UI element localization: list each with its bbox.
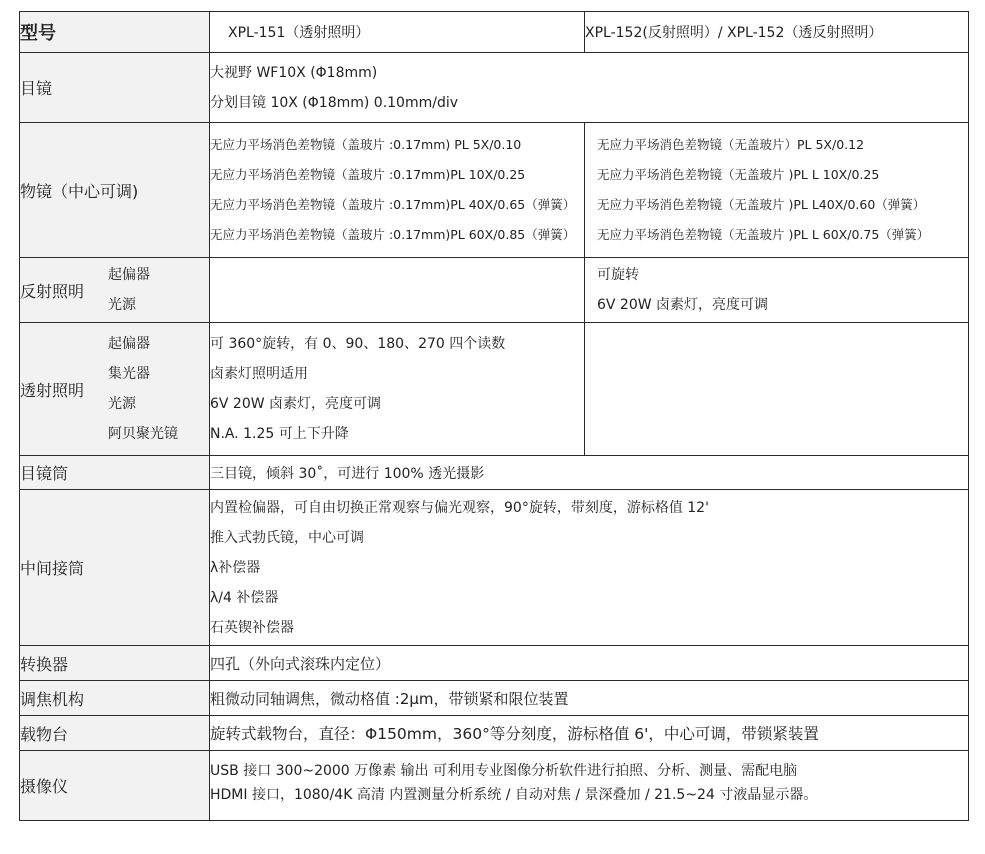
row-reflected: 反射照明 起偏器 光源 可旋转 6V 20W 卤素灯，亮度可调	[20, 258, 969, 323]
transmitted-b	[585, 323, 969, 456]
intermediate-line: 内置检偏器，可自由切换正常观察与偏光观察，90°旋转，带刻度，游标格值 12'	[210, 493, 968, 523]
sub-label: 光源	[108, 290, 150, 320]
row-camera: 摄像仪 USB 接口 300~2000 万像素 输出 可利用专业图像分析软件进行…	[20, 751, 969, 821]
nosepiece-value: 四孔（外向式滚珠内定位）	[210, 646, 969, 681]
model-a: XPL-151（透射照明）	[210, 12, 585, 53]
label-stage: 载物台	[20, 716, 210, 751]
row-transmitted: 透射照明 起偏器 集光器 光源 阿贝聚光镜 可 360°旋转，有 0、90、18…	[20, 323, 969, 456]
row-focus: 调焦机构 粗微动同轴调焦，微动格值 :2μm，带锁紧和限位装置	[20, 681, 969, 716]
row-intermediate: 中间接筒 内置检偏器，可自由切换正常观察与偏光观察，90°旋转，带刻度，游标格值…	[20, 490, 969, 646]
label-objective: 物镜（中心可调)	[20, 123, 210, 258]
tube-value: 三目镜，倾斜 30˚，可进行 100% 透光摄影	[210, 456, 969, 490]
intermediate-value: 内置检偏器，可自由切换正常观察与偏光观察，90°旋转，带刻度，游标格值 12' …	[210, 490, 969, 646]
objective-b: 无应力平场消色差物镜（无盖玻片）PL 5X/0.12 无应力平场消色差物镜（无盖…	[585, 123, 969, 258]
label-nosepiece: 转换器	[20, 646, 210, 681]
objective-line: 无应力平场消色差物镜（盖玻片 :0.17mm)PL 40X/0.65（弹簧）	[210, 190, 584, 220]
reflected-line: 可旋转	[597, 260, 968, 290]
sub-label: 光源	[108, 389, 178, 419]
label-model: 型号	[20, 12, 210, 53]
eyepiece-value: 大视野 WF10X (Φ18mm) 分划目镜 10X (Φ18mm) 0.10m…	[210, 53, 969, 123]
objective-line: 无应力平场消色差物镜（盖玻片 :0.17mm)PL 10X/0.25	[210, 160, 584, 190]
transmitted-label: 透射照明	[20, 378, 108, 401]
eyepiece-line: 分划目镜 10X (Φ18mm) 0.10mm/div	[210, 88, 968, 118]
row-nosepiece: 转换器 四孔（外向式滚珠内定位）	[20, 646, 969, 681]
label-tube: 目镜筒	[20, 456, 210, 490]
row-stage: 载物台 旋转式载物台，直径：Φ150mm，360°等分刻度，游标格值 6'，中心…	[20, 716, 969, 751]
model-b: XPL-152(反射照明）/ XPL-152（透反射照明）	[585, 12, 969, 53]
spec-table: 型号 XPL-151（透射照明） XPL-152(反射照明）/ XPL-152（…	[19, 11, 969, 821]
transmitted-line: 6V 20W 卤素灯，亮度可调	[210, 389, 584, 419]
transmitted-line: N.A. 1.25 可上下升降	[210, 419, 584, 449]
objective-line: 无应力平场消色差物镜（无盖玻片）PL 5X/0.12	[597, 130, 968, 160]
objective-line: 无应力平场消色差物镜（无盖玻片 )PL L 10X/0.25	[597, 160, 968, 190]
row-model: 型号 XPL-151（透射照明） XPL-152(反射照明）/ XPL-152（…	[20, 12, 969, 53]
objective-line: 无应力平场消色差物镜（盖玻片 :0.17mm)PL 60X/0.85（弹簧）	[210, 220, 584, 250]
row-objective: 物镜（中心可调) 无应力平场消色差物镜（盖玻片 :0.17mm) PL 5X/0…	[20, 123, 969, 258]
reflected-a	[210, 258, 585, 323]
sub-label: 阿贝聚光镜	[108, 419, 178, 449]
label-eyepiece: 目镜	[20, 53, 210, 123]
label-transmitted: 透射照明 起偏器 集光器 光源 阿贝聚光镜	[20, 323, 210, 456]
label-intermediate: 中间接筒	[20, 490, 210, 646]
sub-label: 集光器	[108, 359, 178, 389]
stage-value: 旋转式载物台，直径：Φ150mm，360°等分刻度，游标格值 6'，中心可调，带…	[210, 716, 969, 751]
row-eyepiece: 目镜 大视野 WF10X (Φ18mm) 分划目镜 10X (Φ18mm) 0.…	[20, 53, 969, 123]
objective-line: 无应力平场消色差物镜（盖玻片 :0.17mm) PL 5X/0.10	[210, 130, 584, 160]
intermediate-line: 石英锲补偿器	[210, 613, 968, 643]
eyepiece-line: 大视野 WF10X (Φ18mm)	[210, 58, 968, 88]
intermediate-line: λ/4 补偿器	[210, 583, 968, 613]
sub-label: 起偏器	[108, 260, 150, 290]
objective-a: 无应力平场消色差物镜（盖玻片 :0.17mm) PL 5X/0.10 无应力平场…	[210, 123, 585, 258]
reflected-line: 6V 20W 卤素灯，亮度可调	[597, 290, 968, 320]
transmitted-line: 卤素灯照明适用	[210, 359, 584, 389]
intermediate-line: λ补偿器	[210, 553, 968, 583]
camera-value: USB 接口 300~2000 万像素 输出 可利用专业图像分析软件进行拍照、分…	[210, 751, 969, 821]
camera-line: HDMI 接口，1080/4K 高清 内置测量分析系统 / 自动对焦 / 景深叠…	[210, 783, 968, 807]
transmitted-a: 可 360°旋转，有 0、90、180、270 四个读数 卤素灯照明适用 6V …	[210, 323, 585, 456]
row-tube: 目镜筒 三目镜，倾斜 30˚，可进行 100% 透光摄影	[20, 456, 969, 490]
objective-line: 无应力平场消色差物镜（无盖玻片 )PL L40X/0.60（弹簧）	[597, 190, 968, 220]
camera-line: USB 接口 300~2000 万像素 输出 可利用专业图像分析软件进行拍照、分…	[210, 759, 968, 783]
label-focus: 调焦机构	[20, 681, 210, 716]
focus-value: 粗微动同轴调焦，微动格值 :2μm，带锁紧和限位装置	[210, 681, 969, 716]
reflected-label: 反射照明	[20, 279, 108, 302]
objective-line: 无应力平场消色差物镜（无盖玻片 )PL L 60X/0.75（弹簧）	[597, 220, 968, 250]
sub-label: 起偏器	[108, 329, 178, 359]
transmitted-line: 可 360°旋转，有 0、90、180、270 四个读数	[210, 329, 584, 359]
label-reflected: 反射照明 起偏器 光源	[20, 258, 210, 323]
label-camera: 摄像仪	[20, 751, 210, 821]
intermediate-line: 推入式勃氏镜，中心可调	[210, 523, 968, 553]
reflected-b: 可旋转 6V 20W 卤素灯，亮度可调	[585, 258, 969, 323]
